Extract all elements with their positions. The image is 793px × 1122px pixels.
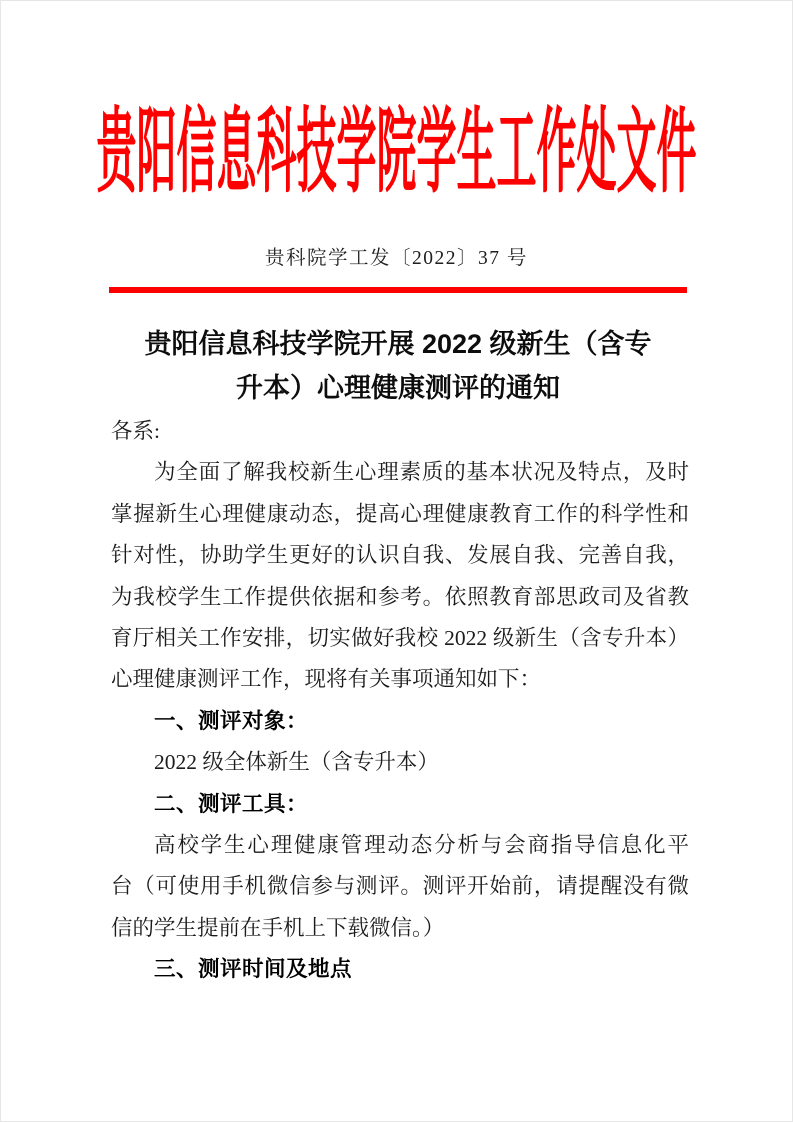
section-3-heading: 三、测评时间及地点 [111,949,689,990]
section-1-heading: 一、测评对象： [111,701,689,742]
agency-masthead: 贵阳信息科技学院学生工作处文件 [1,107,792,207]
intro-line: 针对性，协助学生更好的认识自我、发展自我、完善自我， [111,535,689,576]
section-2-line: 台（可使用手机微信参与测评。测评开始前，请提醒没有微 [111,866,689,907]
salutation: 各系: [111,411,689,452]
notice-body: 各系: 为全面了解我校新生心理素质的基本状况及特点，及时 掌握新生心理健康动态，… [111,411,689,990]
official-notice-page: 贵阳信息科技学院学生工作处文件 贵科院学工发〔2022〕37 号 贵阳信息科技学… [0,0,793,1122]
section-2-line: 高校学生心理健康管理动态分析与会商指导信息化平 [111,825,689,866]
document-reference-number: 贵科院学工发〔2022〕37 号 [1,242,792,270]
intro-line: 育厅相关工作安排，切实做好我校 2022 级新生（含专升本） [111,618,689,659]
intro-line: 为全面了解我校新生心理素质的基本状况及特点，及时 [111,452,689,493]
section-1-line: 2022 级全体新生（含专升本） [111,742,689,783]
intro-line: 掌握新生心理健康动态，提高心理健康教育工作的科学性和 [111,494,689,535]
red-divider-rule [109,287,687,293]
notice-title-line-1: 贵阳信息科技学院开展 2022 级新生（含专 [89,322,707,366]
notice-title-line-2: 升本）心理健康测评的通知 [89,366,707,410]
section-2-heading: 二、测评工具： [111,784,689,825]
intro-line: 为我校学生工作提供依据和参考。依照教育部思政司及省教 [111,577,689,618]
notice-title: 贵阳信息科技学院开展 2022 级新生（含专 升本）心理健康测评的通知 [89,322,707,410]
agency-masthead-text: 贵阳信息科技学院学生工作处文件 [97,107,697,200]
intro-line: 心理健康测评工作，现将有关事项通知如下： [111,659,689,700]
section-2-line: 信的学生提前在手机上下载微信。） [111,908,689,949]
